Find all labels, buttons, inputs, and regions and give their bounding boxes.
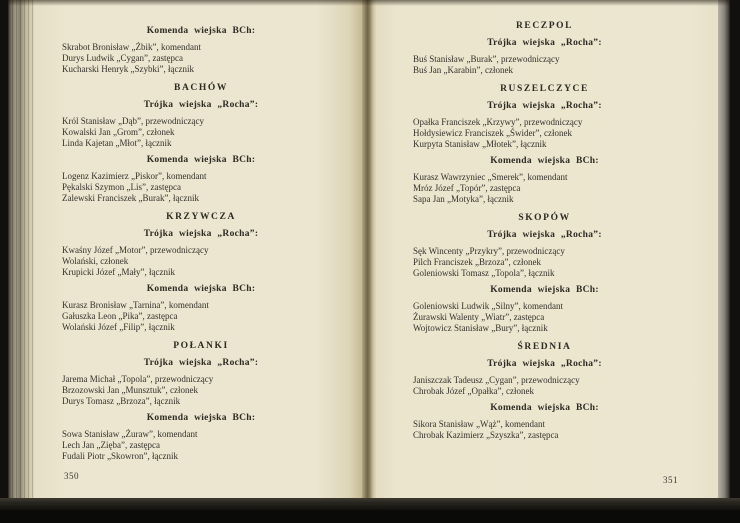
unit-heading: Komenda wiejska BCh: bbox=[62, 26, 340, 37]
roster-entry-line: Goleniowski Ludwik „Silny”, komendant bbox=[413, 301, 676, 312]
roster-entry-group: Kurasz Wawrzyniec „Smerek”, komendantMró… bbox=[413, 172, 676, 205]
village-heading: RUSZELCZYCE bbox=[413, 84, 676, 95]
roster-entry-line: Lech Jan „Zięba”, zastępca bbox=[62, 440, 340, 451]
roster-entry-line: Wolański Józef „Filip”, łącznik bbox=[62, 322, 340, 333]
unit-heading: Trójka wiejska „Rocha”: bbox=[413, 38, 676, 49]
roster-entry-line: Żurawski Walenty „Wiatr”, zastępca bbox=[413, 312, 676, 323]
unit-heading: Trójka wiejska „Rocha”: bbox=[62, 100, 340, 111]
roster-entry-line: Sapa Jan „Motyka”, łącznik bbox=[413, 194, 676, 205]
right-page-content: RECZPOLTrójka wiejska „Rocha”:Buś Stanis… bbox=[376, 0, 718, 441]
roster-entry-line: Krupicki Józef „Mały”, łącznik bbox=[62, 267, 340, 278]
village-heading: RECZPOL bbox=[413, 21, 676, 32]
roster-entry-line: Linda Kajetan „Młot”, łącznik bbox=[62, 138, 340, 149]
roster-entry-group: Sikora Stanisław „Wąż”, komendantChrobak… bbox=[413, 419, 676, 441]
village-heading: BACHÓW bbox=[62, 83, 340, 94]
unit-heading: Komenda wiejska BCh: bbox=[62, 284, 340, 295]
roster-entry-group: Opałka Franciszek „Krzywy”, przewodniczą… bbox=[413, 117, 676, 150]
roster-entry-line: Zalewski Franciszek „Burak”, łącznik bbox=[62, 193, 340, 204]
unit-heading: Komenda wiejska BCh: bbox=[413, 285, 676, 296]
roster-entry-line: Opałka Franciszek „Krzywy”, przewodniczą… bbox=[413, 117, 676, 128]
unit-heading: Trójka wiejska „Rocha”: bbox=[413, 359, 676, 370]
unit-heading: Trójka wiejska „Rocha”: bbox=[413, 101, 676, 112]
roster-entry-group: Logenz Kazimierz „Piskor”, komendantPęka… bbox=[62, 171, 340, 204]
right-page-stack-edge bbox=[718, 0, 730, 498]
roster-entry-line: Kurasz Wawrzyniec „Smerek”, komendant bbox=[413, 172, 676, 183]
roster-entry-line: Sęk Wincenty „Przykry”, przewodniczący bbox=[413, 246, 676, 257]
page-number-left: 350 bbox=[64, 471, 79, 482]
roster-entry-line: Mróz Józef „Topór”, zastępca bbox=[413, 183, 676, 194]
roster-entry-group: Buś Stanisław „Burak”, przewodniczącyBuś… bbox=[413, 54, 676, 76]
background-surface bbox=[0, 510, 740, 523]
roster-entry-line: Kwaśny Józef „Motor”, przewodniczący bbox=[62, 245, 340, 256]
roster-entry-group: Goleniowski Ludwik „Silny”, komendantŻur… bbox=[413, 301, 676, 334]
village-heading: KRZYWCZA bbox=[62, 212, 340, 223]
unit-heading: Komenda wiejska BCh: bbox=[62, 413, 340, 424]
roster-entry-group: Kwaśny Józef „Motor”, przewodniczącyWola… bbox=[62, 245, 340, 278]
roster-entry-line: Durys Tomasz „Brzoza”, łącznik bbox=[62, 396, 340, 407]
unit-heading: Trójka wiejska „Rocha”: bbox=[413, 230, 676, 241]
roster-entry-line: Kurasz Bronisław „Tarnina”, komendant bbox=[62, 300, 340, 311]
page-number-right: 351 bbox=[663, 475, 678, 486]
roster-entry-line: Kowalski Jan „Grom”, członek bbox=[62, 127, 340, 138]
roster-entry-group: Sowa Stanisław „Żuraw”, komendantLech Ja… bbox=[62, 429, 340, 462]
village-heading: ŚREDNIA bbox=[413, 342, 676, 353]
roster-entry-line: Fudali Piotr „Skowron”, łącznik bbox=[62, 451, 340, 462]
book-bottom-edge bbox=[0, 498, 740, 510]
unit-heading: Komenda wiejska BCh: bbox=[413, 156, 676, 167]
roster-entry-line: Hołdysiewicz Franciszek „Świder”, człone… bbox=[413, 128, 676, 139]
roster-entry-line: Janiszczak Tadeusz „Cygan”, przewodniczą… bbox=[413, 375, 676, 386]
roster-entry-line: Jarema Michał „Topola”, przewodniczący bbox=[62, 374, 340, 385]
roster-entry-group: Król Stanisław „Dąb”, przewodniczącyKowa… bbox=[62, 116, 340, 149]
right-page: RECZPOLTrójka wiejska „Rocha”:Buś Stanis… bbox=[376, 0, 718, 498]
roster-entry-line: Buś Jan „Karabin”, członek bbox=[413, 65, 676, 76]
roster-entry-group: Kurasz Bronisław „Tarnina”, komendantGał… bbox=[62, 300, 340, 333]
roster-entry-group: Skrabot Bronisław „Żbik”, komendantDurys… bbox=[62, 42, 340, 75]
roster-entry-group: Sęk Wincenty „Przykry”, przewodniczącyPi… bbox=[413, 246, 676, 279]
roster-entry-line: Skrabot Bronisław „Żbik”, komendant bbox=[62, 42, 340, 53]
unit-heading: Komenda wiejska BCh: bbox=[62, 155, 340, 166]
roster-entry-line: Król Stanisław „Dąb”, przewodniczący bbox=[62, 116, 340, 127]
left-page: Komenda wiejska BCh:Skrabot Bronisław „Ż… bbox=[34, 0, 362, 498]
roster-entry-line: Chrobak Kazimierz „Szyszka”, zastępca bbox=[413, 430, 676, 441]
open-book-spread: Komenda wiejska BCh:Skrabot Bronisław „Ż… bbox=[8, 0, 730, 498]
roster-entry-line: Brzozowski Jan „Munsztuk”, członek bbox=[62, 385, 340, 396]
unit-heading: Trójka wiejska „Rocha”: bbox=[62, 229, 340, 240]
roster-entry-line: Goleniowski Tomasz „Topola”, łącznik bbox=[413, 268, 676, 279]
roster-entry-line: Gałuszka Leon „Pika”, zastępca bbox=[62, 311, 340, 322]
unit-heading: Komenda wiejska BCh: bbox=[413, 403, 676, 414]
left-page-content: Komenda wiejska BCh:Skrabot Bronisław „Ż… bbox=[34, 0, 362, 462]
roster-entry-line: Kurpyta Stanisław „Młotek”, łącznik bbox=[413, 139, 676, 150]
roster-entry-line: Sowa Stanisław „Żuraw”, komendant bbox=[62, 429, 340, 440]
roster-entry-group: Jarema Michał „Topola”, przewodniczącyBr… bbox=[62, 374, 340, 407]
left-page-stack-edge bbox=[8, 0, 34, 498]
roster-entry-line: Sikora Stanisław „Wąż”, komendant bbox=[413, 419, 676, 430]
roster-entry-line: Durys Ludwik „Cygan”, zastępca bbox=[62, 53, 340, 64]
village-heading: POŁANKI bbox=[62, 341, 340, 352]
roster-entry-line: Chrobak Józef „Opałka”, członek bbox=[413, 386, 676, 397]
roster-entry-line: Wojtowicz Stanisław „Bury”, łącznik bbox=[413, 323, 676, 334]
roster-entry-line: Logenz Kazimierz „Piskor”, komendant bbox=[62, 171, 340, 182]
book-gutter bbox=[362, 0, 376, 498]
village-heading: SKOPÓW bbox=[413, 213, 676, 224]
roster-entry-line: Buś Stanisław „Burak”, przewodniczący bbox=[413, 54, 676, 65]
roster-entry-line: Pękalski Szymon „Lis”, zastępca bbox=[62, 182, 340, 193]
roster-entry-group: Janiszczak Tadeusz „Cygan”, przewodniczą… bbox=[413, 375, 676, 397]
roster-entry-line: Pilch Franciszek „Brzoza”, członek bbox=[413, 257, 676, 268]
unit-heading: Trójka wiejska „Rocha”: bbox=[62, 358, 340, 369]
roster-entry-line: Kucharski Henryk „Szybki”, łącznik bbox=[62, 64, 340, 75]
roster-entry-line: Wolański, członek bbox=[62, 256, 340, 267]
